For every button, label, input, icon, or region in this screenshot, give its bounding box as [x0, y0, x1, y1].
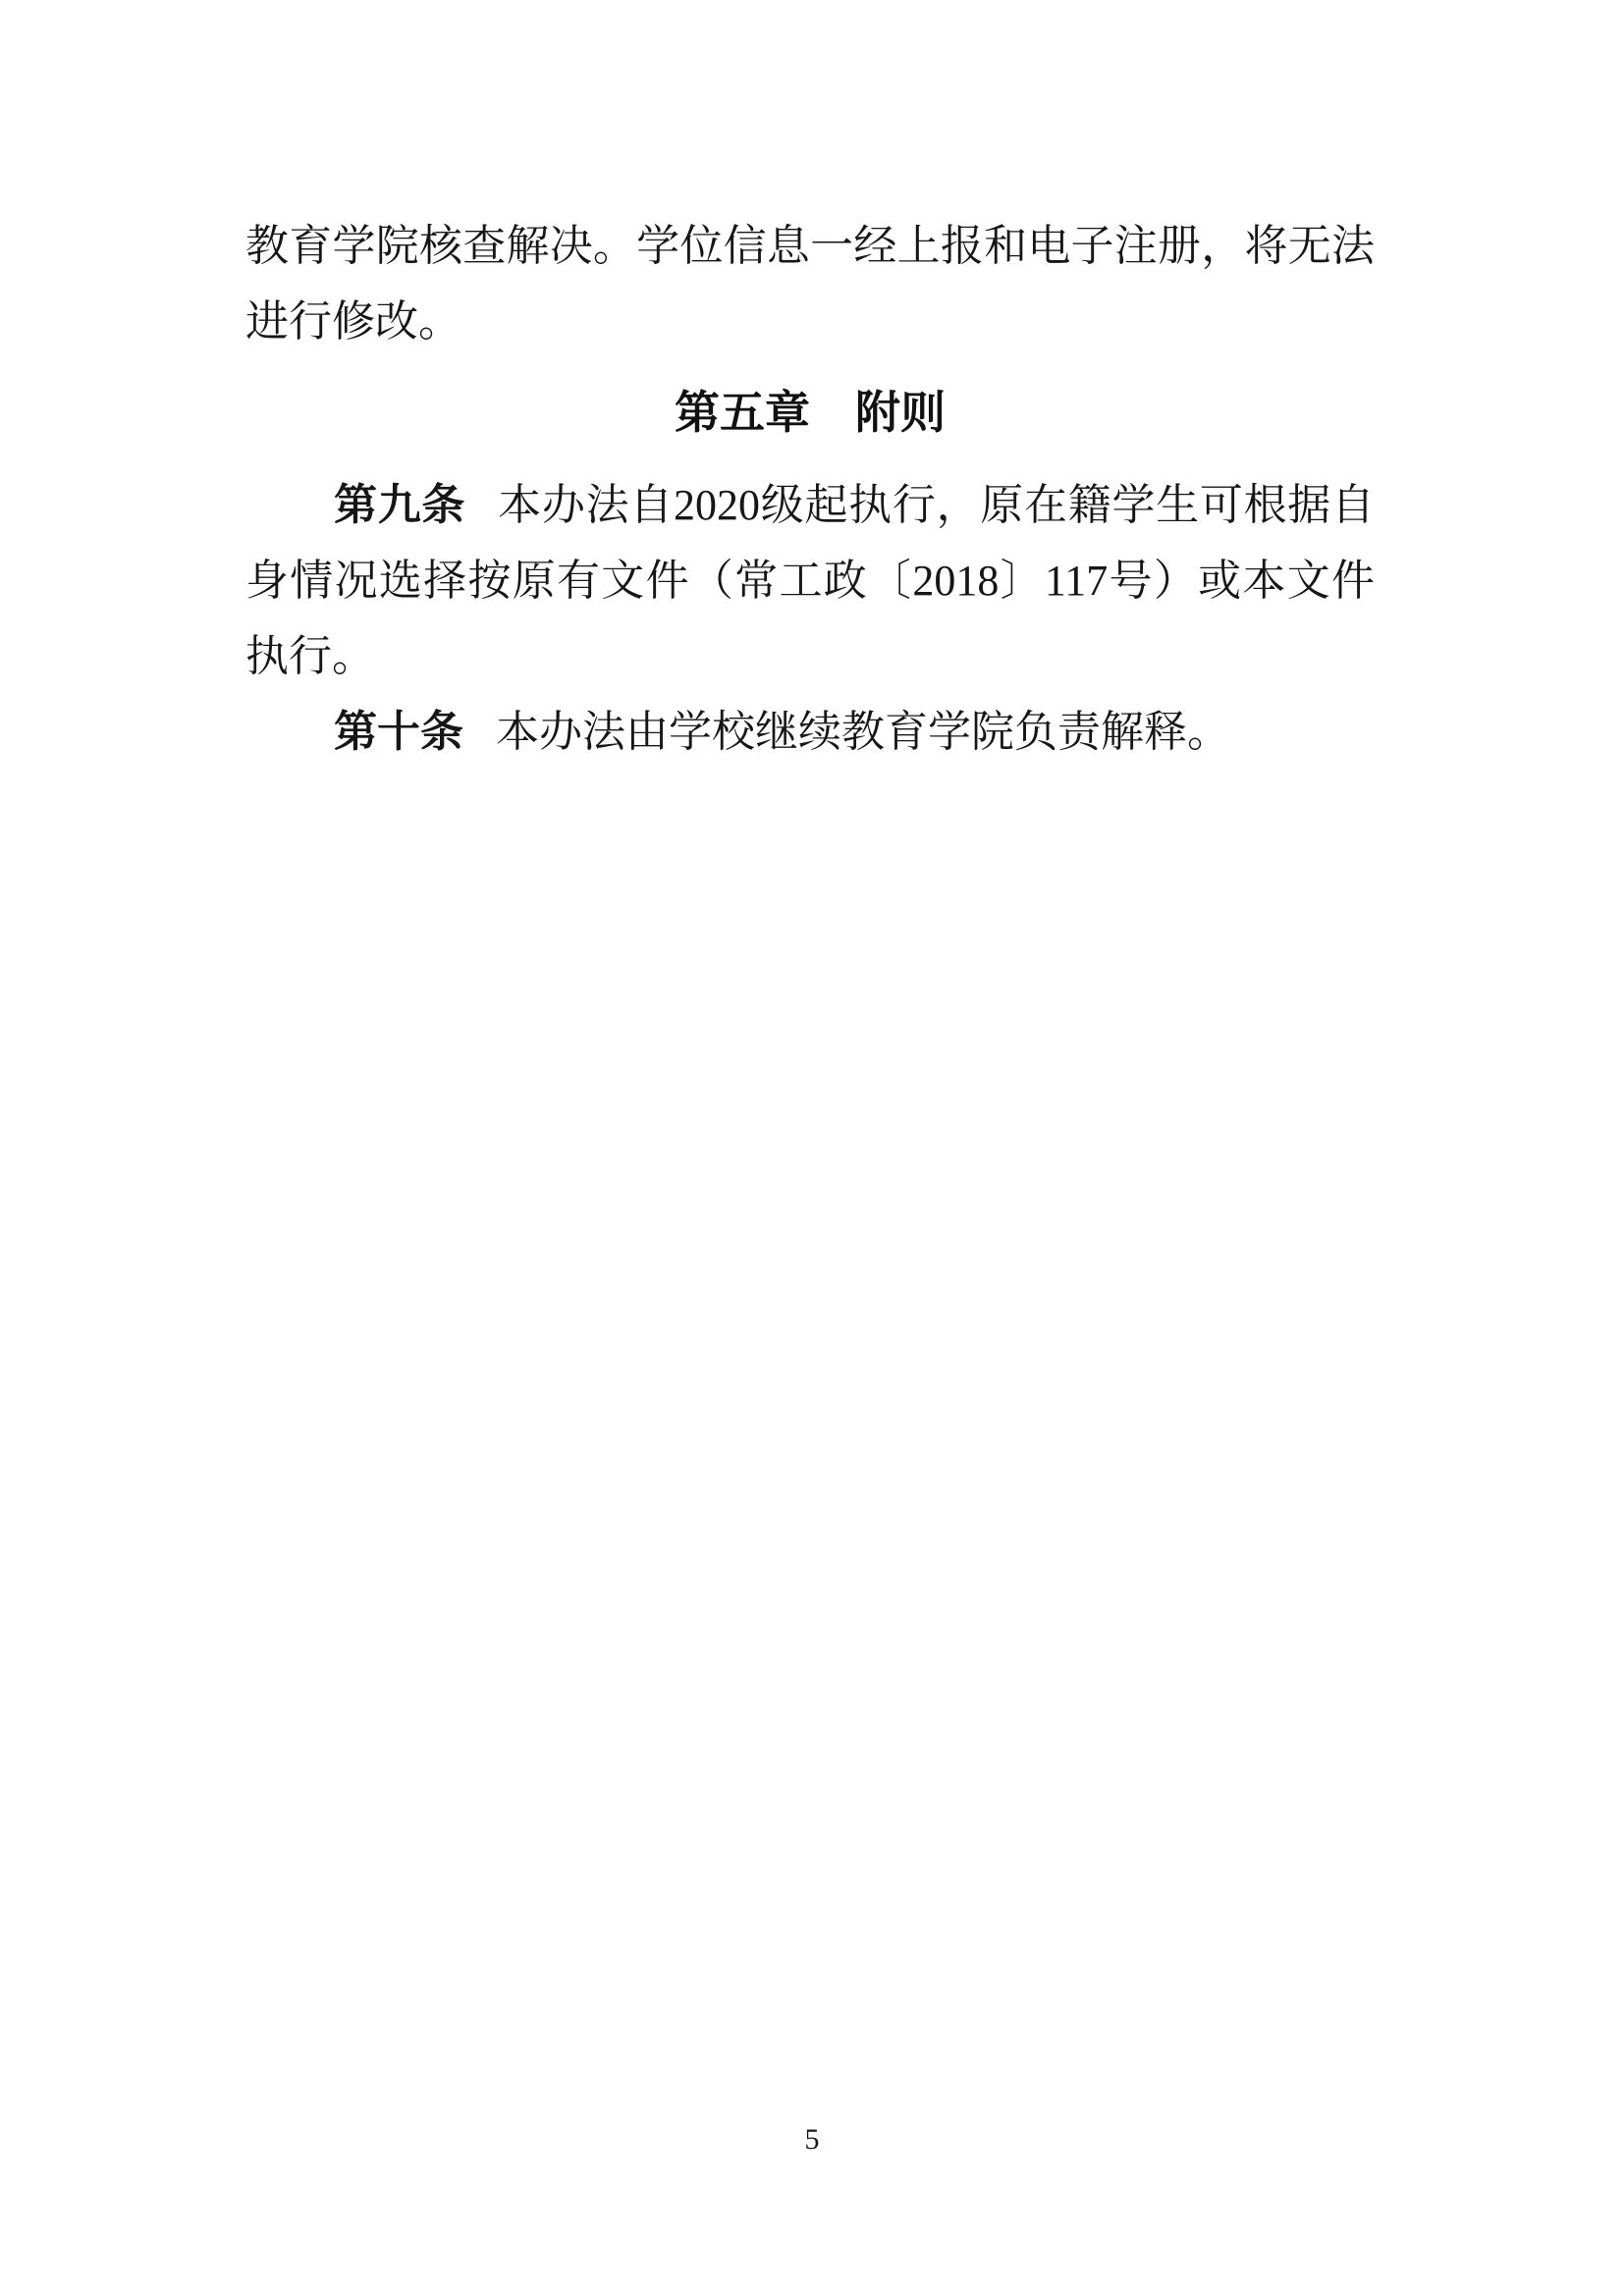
article-10-label: 第十条	[334, 708, 463, 756]
chapter-5-heading: 第五章 附则	[245, 375, 1375, 451]
article-9-line-1-text: 本办法自2020级起执行，原在籍学生可根据自	[498, 481, 1375, 529]
page-number: 5	[0, 2122, 1624, 2158]
article-9-line-3: 执行。	[245, 618, 1375, 694]
document-page: 教育学院核查解决。学位信息一经上报和电子注册，将无法 进行修改。 第五章 附则 …	[0, 0, 1624, 2296]
article-9-line-2: 身情况选择按原有文件（常工政〔2018〕117号）或本文件	[245, 543, 1375, 618]
article-9-label: 第九条	[334, 481, 465, 529]
paragraph-degree-info-line-1: 教育学院核查解决。学位信息一经上报和电子注册，将无法	[245, 208, 1375, 284]
article-10-text: 本办法由学校继续教育学院负责解释。	[496, 708, 1230, 756]
paragraph-degree-info-line-2: 进行修改。	[245, 284, 1375, 359]
article-10-line: 第十条本办法由学校继续教育学院负责解释。	[245, 694, 1375, 770]
article-9-line-1: 第九条本办法自2020级起执行，原在籍学生可根据自	[245, 467, 1375, 543]
